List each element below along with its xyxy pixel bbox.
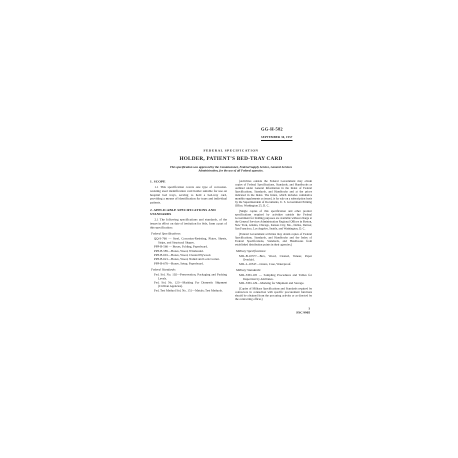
military-standards-label: Military Standards: xyxy=(236,269,312,273)
approval-note: This specification was approved by the C… xyxy=(165,166,298,173)
list-item: PPP-B-566 — Boxes, Folding, Paperboard. xyxy=(158,245,227,249)
spec-date: SEPTEMBER 30, 1957 xyxy=(261,136,292,141)
spec-number: GG-H-582 xyxy=(261,127,292,132)
scope-heading: 1. SCOPE xyxy=(150,180,227,184)
fine-print-paragraph: (Federal Government activities may obtai… xyxy=(235,233,312,247)
applicable-specs-heading: 2. APPLICABLE SPECIFICATIONS AND STANDAR… xyxy=(150,208,227,216)
applicable-specs-paragraph: 2.1 The following specifications and sta… xyxy=(150,218,227,230)
list-item: PPP-B-585—Boxes, Wood, Wirebound. xyxy=(158,249,227,253)
list-item: Fed. Test Method Std. No. 151—Metals; Te… xyxy=(158,289,227,293)
federal-specifications-label: Federal Specifications: xyxy=(151,232,227,236)
military-specifications-list: MIL-B-10377—Box, Wood, Cleated, Veneer, … xyxy=(235,255,312,267)
left-column: 1. SCOPE 1.1 This specification covers o… xyxy=(150,180,227,315)
page-title: HOLDER, PATIENT'S BED-TRAY CARD xyxy=(146,156,316,162)
list-item: MIL-STD-129—Marking for Shipment and Sto… xyxy=(243,282,312,286)
spec-reference-block: GG-H-582 SEPTEMBER 30, 1957 xyxy=(261,127,292,141)
federal-standards-list: Fed. Std. No. 102—Preservation, Packagin… xyxy=(150,273,227,293)
list-item: PPP-B-601—Boxes, Wood, Cleated Plywood. xyxy=(158,254,227,258)
military-specifications-label: Military Specifications: xyxy=(236,250,312,254)
fine-print-paragraph: (Single copies of this specification and… xyxy=(235,210,312,231)
list-item: Fed. Std. No. 102—Preservation, Packagin… xyxy=(158,273,227,280)
two-column-body: 1. SCOPE 1.1 This specification covers o… xyxy=(150,180,312,315)
list-item: PPP-B-676—Boxes, Setup, Paperboard. xyxy=(158,262,227,266)
military-standards-list: MIL-STD-105 — Sampling Procedures and Ta… xyxy=(235,274,312,286)
list-item: MIL-L-10547—Liners, Case, Waterproof. xyxy=(243,262,312,266)
scan-background: GG-H-582 SEPTEMBER 30, 1957 FEDERAL SPEC… xyxy=(0,0,458,458)
federal-specifications-list: QQ-S-766 — Steel, Corrosion-Resisting, P… xyxy=(150,237,227,265)
availability-notes: (Activities outside the Federal Governme… xyxy=(235,180,312,247)
list-item: QQ-S-766 — Steel, Corrosion-Resisting, P… xyxy=(158,237,227,244)
right-column: (Activities outside the Federal Governme… xyxy=(235,180,312,315)
scope-paragraph: 1.1 This specification covers one type o… xyxy=(150,186,227,205)
document-type-label: FEDERAL SPECIFICATION xyxy=(146,149,316,153)
document-header: FEDERAL SPECIFICATION HOLDER, PATIENT'S … xyxy=(146,149,316,173)
fsc-code: FSC 9905 xyxy=(235,311,310,316)
list-item: PPP-B-621—Boxes, Wood, Nailed and Lock C… xyxy=(158,258,227,262)
list-item: MIL-STD-105 — Sampling Procedures and Ta… xyxy=(243,274,312,281)
list-item: Fed. Std. No. 123—Marking For Domestic S… xyxy=(158,281,227,288)
list-item: MIL-B-10377—Box, Wood, Cleated, Veneer, … xyxy=(243,255,312,262)
fine-print-paragraph: (Activities outside the Federal Governme… xyxy=(235,180,312,208)
federal-standards-label: Federal Standards: xyxy=(151,268,227,272)
closing-note: (Copies of Military Specifications and S… xyxy=(235,288,312,302)
page-footer: 1 FSC 9905 xyxy=(235,307,312,316)
document-page: GG-H-582 SEPTEMBER 30, 1957 FEDERAL SPEC… xyxy=(146,122,316,332)
